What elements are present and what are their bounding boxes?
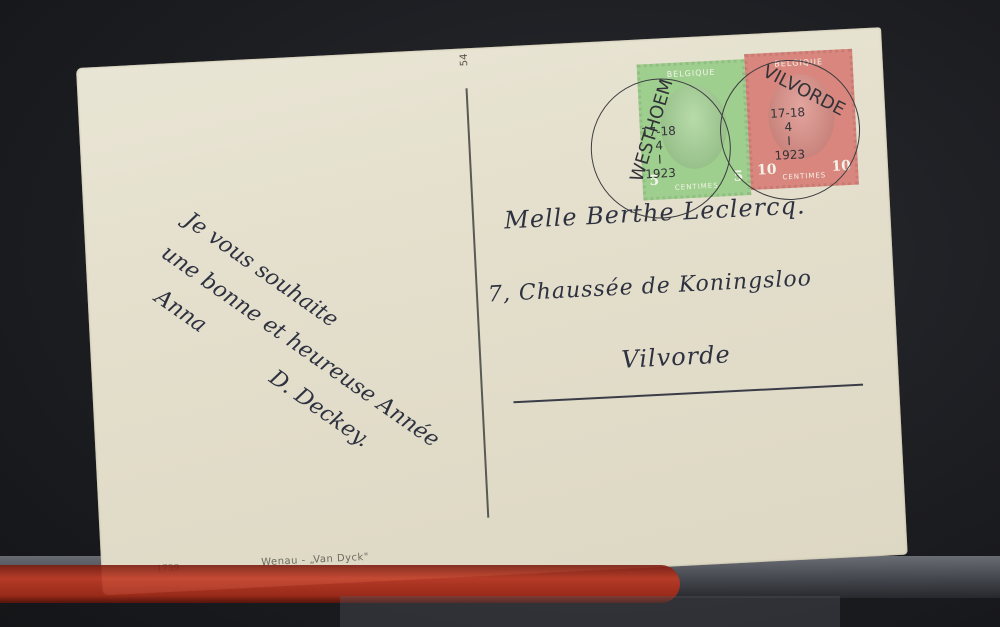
divider-line [466, 88, 489, 518]
postcard: 54 Je vous souhaite une bonne et heureus… [76, 27, 908, 595]
postmark-date: 17-18 4 I 1923 [770, 105, 808, 163]
handwritten-message: Je vous souhaite une bonne et heureuse A… [129, 202, 471, 492]
album-tape [340, 596, 840, 627]
address-street: 7, Chaussée de Koningsloo [487, 266, 812, 307]
postmark-time: 17-18 [770, 105, 806, 121]
postmark-year: 1923 [643, 166, 679, 182]
divider-number: 54 [459, 53, 471, 66]
postmark-date: 17-18 4 I 1923 [641, 124, 679, 182]
postmark-time: 17-18 [641, 124, 677, 140]
address-city: Vilvorde [621, 340, 732, 373]
address-underline [513, 384, 863, 404]
postmark-year: 1923 [772, 147, 808, 163]
